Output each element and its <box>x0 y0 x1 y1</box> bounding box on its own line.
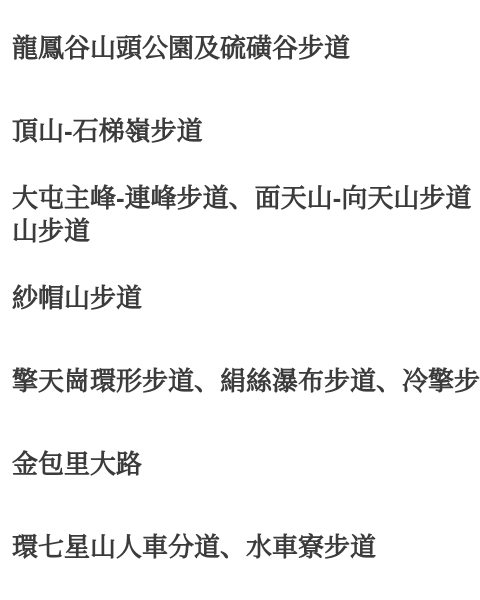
trail-item: 紗帽山步道 <box>0 256 480 339</box>
trail-name: 擎天崗環形步道、絹絲瀑布步道、冷擎步道 <box>12 365 480 398</box>
trail-name: 環七星山人車分道、水車寮步道 <box>12 531 480 564</box>
trail-item: 金包里大路 <box>0 423 480 506</box>
trail-name: 龍鳳谷山頭公園及硫磺谷步道 <box>12 32 480 65</box>
trail-item: 龍鳳谷山頭公園及硫磺谷步道 <box>0 7 480 90</box>
trail-item: 大屯主峰-連峰步道、面天山-向天山步道 山步道 <box>0 173 480 256</box>
trail-name: 大屯主峰-連峰步道、面天山-向天山步道 <box>12 182 480 215</box>
trail-name: 紗帽山步道 <box>12 282 480 315</box>
trail-name: 金包里大路 <box>12 448 480 481</box>
trail-item: 擎天崗環形步道、絹絲瀑布步道、冷擎步道 <box>0 340 480 423</box>
trail-name-wrap: 山步道 <box>12 215 480 248</box>
trail-item: 環七星山人車分道、水車寮步道 <box>0 506 480 589</box>
trail-list: 龍鳳谷山頭公園及硫磺谷步道 頂山-石梯嶺步道 大屯主峰-連峰步道、面天山-向天山… <box>0 0 480 600</box>
trail-item: 頂山-石梯嶺步道 <box>0 90 480 173</box>
trail-name: 頂山-石梯嶺步道 <box>12 115 480 148</box>
